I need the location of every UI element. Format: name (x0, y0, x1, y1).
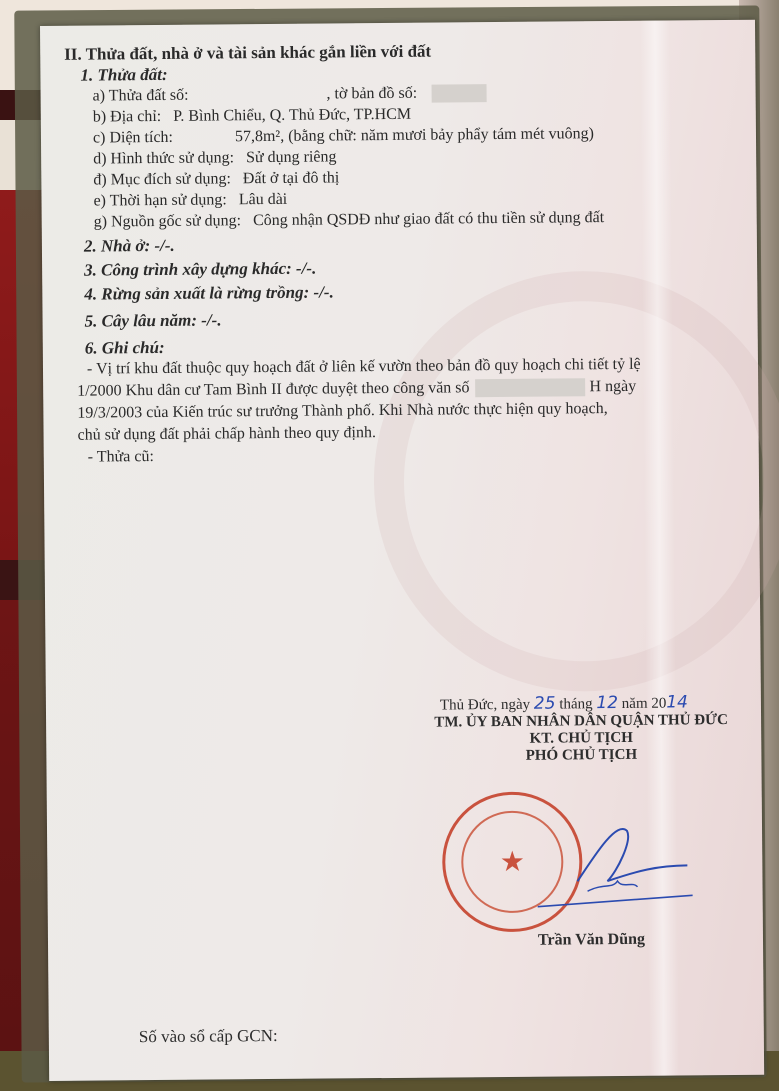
house-label: 2. Nhà ở: (84, 236, 150, 256)
signature-block: Thủ Đức, ngày 25 tháng 12 năm 2014 TM. Ủ… (416, 692, 747, 766)
production-forest-label: 4. Rừng sản xuất là rừng trồng: (84, 283, 309, 304)
redacted-map-sheet (431, 84, 486, 102)
usage-form-label: d) Hình thức sử dụng: (93, 149, 234, 167)
date-month-label: tháng (559, 696, 592, 712)
other-construction-row: 3. Công trình xây dựng khác: -/-. (84, 254, 737, 281)
production-forest-value: -/-. (313, 282, 333, 301)
certificate-page: II. Thửa đất, nhà ở và tài sản khác gắn … (40, 20, 764, 1081)
origin-row: g) Nguồn gốc sử dụng: Công nhận QSDĐ như… (94, 206, 737, 233)
notes-body: - Vị trí khu đất thuộc quy hoạch đất ở l… (77, 353, 739, 469)
issuing-authority: TM. ỦY BAN NHÂN DÂN QUẬN THỦ ĐỨC (416, 712, 746, 732)
certificate-content: II. Thửa đất, nhà ở và tài sản khác gắn … (64, 38, 739, 469)
handwritten-signature (517, 810, 698, 912)
production-forest-row: 4. Rừng sản xuất là rừng trồng: -/-. (84, 278, 737, 305)
origin-value: Công nhận QSDĐ như giao đất có thu tiền … (253, 209, 604, 229)
signer-name: Trần Văn Dũng (538, 931, 645, 950)
date-day: 25 (534, 694, 556, 714)
purpose-label: đ) Mục đích sử dụng: (93, 170, 231, 188)
area-value: 57,8m², (bằng chữ: năm mươi bảy phẩy tám… (235, 125, 594, 145)
house-row: 2. Nhà ở: -/-. (84, 230, 737, 257)
area-label: c) Diện tích: (93, 129, 173, 147)
note-line-2-suffix: H ngày (589, 378, 636, 395)
date-month: 12 (596, 693, 618, 713)
issue-date: Thủ Đức, ngày 25 tháng 12 năm 2014 (440, 692, 746, 715)
origin-label: g) Nguồn gốc sử dụng: (94, 212, 241, 230)
map-sheet-label: , tờ bản đồ số: (326, 85, 417, 103)
signer-role-2: PHÓ CHỦ TỊCH (416, 746, 746, 766)
redacted-document-number (475, 379, 585, 398)
other-construction-label: 3. Công trình xây dựng khác: (84, 259, 292, 280)
usage-form-value: Sử dụng riêng (246, 148, 337, 166)
perennial-trees-row: 5. Cây lâu năm: -/-. (84, 305, 737, 332)
address-value: P. Bình Chiểu, Q. Thủ Đức, TP.HCM (173, 106, 411, 125)
house-value: -/-. (154, 236, 174, 255)
purpose-value: Đất ở tại đô thị (243, 169, 340, 187)
address-label: b) Địa chỉ: (93, 108, 162, 126)
perennial-trees-label: 5. Cây lâu năm: (84, 311, 197, 331)
date-year: 14 (666, 692, 688, 712)
other-construction-value: -/-. (296, 259, 316, 278)
gcn-registry-label: Số vào sổ cấp GCN: (139, 1026, 278, 1047)
parcel-label: a) Thửa đất số: (93, 87, 189, 105)
date-year-label: năm 20 (622, 696, 667, 712)
date-place: Thủ Đức, ngày (440, 697, 530, 714)
term-value: Lâu dài (239, 191, 288, 208)
note-line-2-text: 1/2000 Khu dân cư Tam Bình II được duyệt… (77, 379, 469, 399)
perennial-trees-value: -/-. (201, 310, 221, 329)
term-label: e) Thời hạn sử dụng: (93, 191, 226, 209)
